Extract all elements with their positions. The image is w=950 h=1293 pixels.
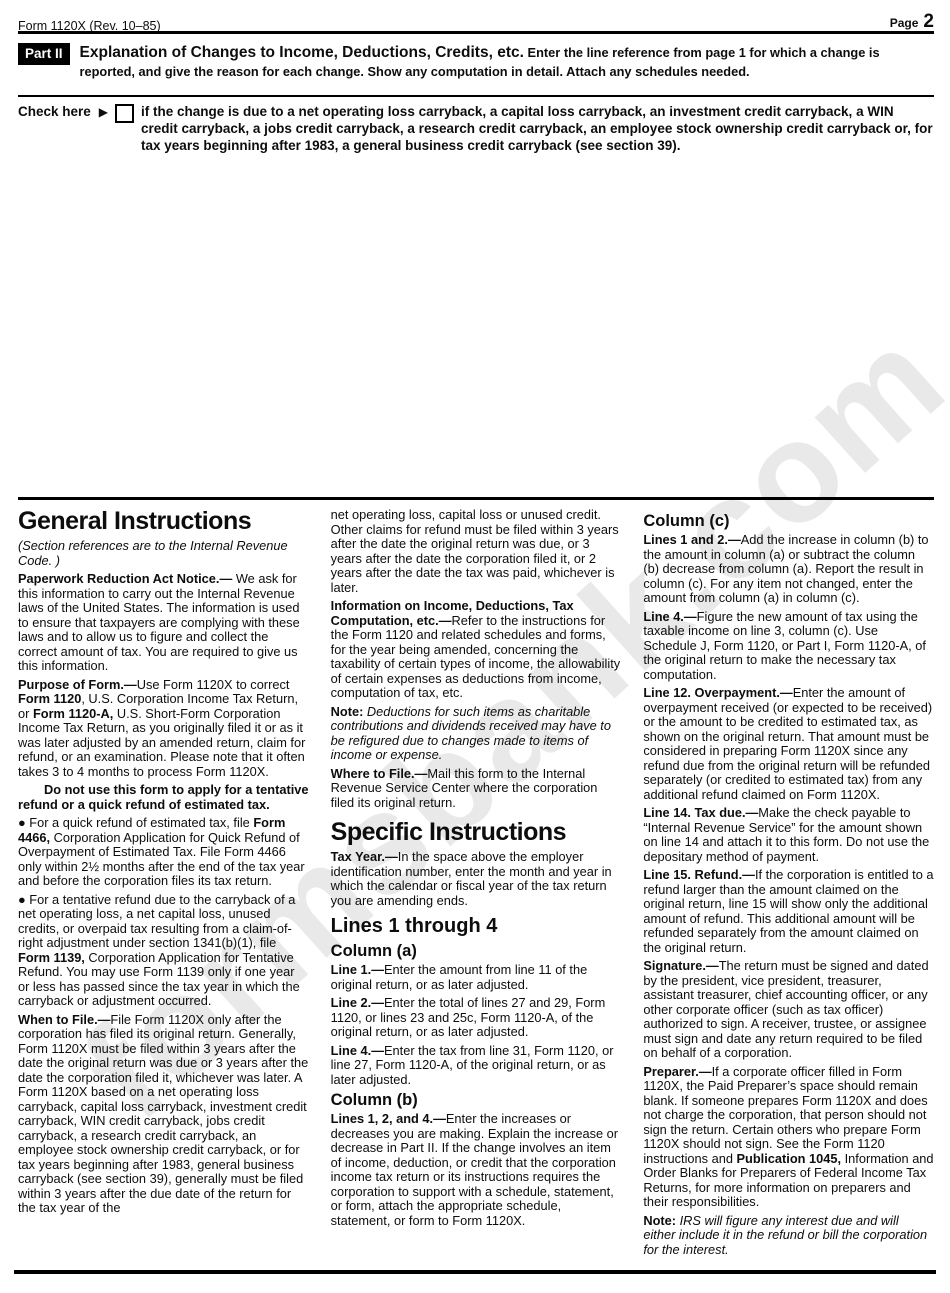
part2-divider (18, 95, 934, 97)
instructions-column-left: General Instructions(Section references … (18, 508, 309, 1270)
text-run: (Section references are to the Internal … (18, 538, 288, 568)
para-line-4c: Line 4.—Figure the new amount of tax usi… (643, 610, 934, 683)
bullet-form-1139: ● For a tentative refund due to the carr… (18, 893, 309, 1009)
text-run: Column (a) (331, 942, 417, 960)
text-run: IRS will figure any interest due and wil… (643, 1213, 927, 1257)
para-lines-1-and-2: Lines 1 and 2.—Add the increase in colum… (643, 533, 934, 606)
text-run: Line 14. Tax due.— (643, 805, 758, 820)
part2-text: Explanation of Changes to Income, Deduct… (80, 43, 934, 81)
part2-label: Part II (18, 43, 70, 65)
check-here-label: Check here (18, 104, 91, 119)
page-bottom-divider (14, 1270, 936, 1274)
para-where-to-file: Where to File.—Mail this form to the Int… (331, 767, 622, 811)
para-tax-year: Tax Year.—In the space above the employe… (331, 850, 622, 908)
text-run: Form 1120-A, (33, 706, 113, 721)
text-run: Note: (331, 704, 367, 719)
instructions-column-right: Column (c)Lines 1 and 2.—Add the increas… (643, 508, 934, 1270)
text-run: Use Form 1120X to correct (137, 677, 290, 692)
text-run: Do not use this form to apply for a tent… (18, 782, 309, 812)
para-do-not-use: Do not use this form to apply for a tent… (18, 783, 309, 812)
carryback-checkbox[interactable] (115, 104, 134, 123)
text-run: Enter the increases or decreases you are… (331, 1111, 618, 1228)
column-b-heading: Column (b) (331, 1091, 622, 1110)
para-purpose-of-form: Purpose of Form.—Use Form 1120X to corre… (18, 678, 309, 780)
para-line-1: Line 1.—Enter the amount from line 11 of… (331, 963, 622, 992)
text-run: Purpose of Form.— (18, 677, 137, 692)
page-number: 2 (923, 11, 934, 32)
para-signature: Signature.—The return must be signed and… (643, 959, 934, 1061)
text-run: ● For a tentative refund due to the carr… (18, 892, 295, 951)
text-run: We ask for this information to carry out… (18, 571, 300, 673)
para-line-14-tax-due: Line 14. Tax due.—Make the check payable… (643, 806, 934, 864)
text-run: Enter the amount of overpayment received… (643, 685, 932, 802)
general-instructions-heading: General Instructions (18, 508, 309, 535)
page-indicator: Page2 (890, 11, 934, 33)
explanation-write-area[interactable] (18, 162, 934, 492)
instructions-columns: General Instructions(Section references … (18, 508, 934, 1270)
instructions-top-divider (18, 497, 934, 500)
para-when-to-file: When to File.—File Form 1120X only after… (18, 1013, 309, 1216)
section-references-note: (Section references are to the Internal … (18, 539, 309, 568)
para-preparer: Preparer.—If a corporate officer filled … (643, 1065, 934, 1210)
text-run: Note: (643, 1213, 679, 1228)
header-divider (18, 31, 934, 34)
text-run: Preparer.— (643, 1064, 711, 1079)
para-lines-1-2-and-4: Lines 1, 2, and 4.—Enter the increases o… (331, 1112, 622, 1228)
column-a-heading: Column (a) (331, 942, 622, 961)
check-here-row: Check here ▶ if the change is due to a n… (18, 104, 934, 154)
part2-section-header: Part II Explanation of Changes to Income… (18, 43, 934, 81)
para-line-4a: Line 4.—Enter the tax from line 31, Form… (331, 1044, 622, 1088)
part2-title: Explanation of Changes to Income, Deduct… (80, 44, 524, 61)
text-run: net operating loss, capital loss or unus… (331, 507, 619, 595)
text-run: Line 2.— (331, 995, 384, 1010)
text-run: Corporation Application for Quick Refund… (18, 830, 305, 889)
text-run: Form 1120 (18, 691, 81, 706)
specific-instructions-heading: Specific Instructions (331, 819, 622, 846)
text-run: Line 4.— (643, 609, 696, 624)
text-run: Deductions for such items as charitable … (331, 704, 611, 763)
text-run: Line 1.— (331, 962, 384, 977)
text-run: Signature.— (643, 958, 718, 973)
text-run: Column (c) (643, 512, 729, 530)
note-interest: Note: IRS will figure any interest due a… (643, 1214, 934, 1258)
bullet-form-4466: ● For a quick refund of estimated tax, f… (18, 816, 309, 889)
text-run: Column (b) (331, 1091, 418, 1109)
text-run: File Form 1120X only after the corporati… (18, 1012, 308, 1216)
page-header: Form 1120X (Rev. 10–85) Page2 (18, 11, 934, 33)
check-here-text: if the change is due to a net operating … (141, 104, 934, 154)
text-run: Specific Instructions (331, 818, 566, 846)
text-run: Publication 1045, (737, 1151, 842, 1166)
text-run: Line 12. Overpayment.— (643, 685, 792, 700)
lines-1-through-4-heading: Lines 1 through 4 (331, 915, 622, 938)
para-information-on-income: Information on Income, Deductions, Tax C… (331, 599, 622, 701)
text-run: Lines 1 through 4 (331, 915, 498, 937)
text-run: Paperwork Reduction Act Notice.— (18, 571, 236, 586)
note-deductions-refigured: Note: Deductions for such items as chari… (331, 705, 622, 763)
page-label: Page (890, 16, 919, 30)
instructions-column-middle: net operating loss, capital loss or unus… (331, 508, 622, 1270)
text-run: ● For a quick refund of estimated tax, f… (18, 815, 253, 830)
text-run: Lines 1, 2, and 4.— (331, 1111, 446, 1126)
para-line-15-refund: Line 15. Refund.—If the corporation is e… (643, 868, 934, 955)
text-run: The return must be signed and dated by t… (643, 958, 928, 1060)
para-carryback-continuation: net operating loss, capital loss or unus… (331, 508, 622, 595)
text-run: Line 15. Refund.— (643, 867, 755, 882)
form-1120x-page-2: formsbank.com Form 1120X (Rev. 10–85) Pa… (0, 0, 950, 1293)
text-run: Form 1139, (18, 950, 85, 965)
text-run: Where to File.— (331, 766, 428, 781)
para-line-12-overpayment: Line 12. Overpayment.—Enter the amount o… (643, 686, 934, 802)
text-run: General Instructions (18, 507, 251, 535)
text-run: Lines 1 and 2.— (643, 532, 740, 547)
para-line-2: Line 2.—Enter the total of lines 27 and … (331, 996, 622, 1040)
text-run: Line 4.— (331, 1043, 384, 1058)
right-arrow-icon: ▶ (99, 105, 108, 119)
para-paperwork-reduction: Paperwork Reduction Act Notice.— We ask … (18, 572, 309, 674)
text-run: When to File.— (18, 1012, 110, 1027)
column-c-heading: Column (c) (643, 512, 934, 531)
text-run: Tax Year.— (331, 849, 398, 864)
